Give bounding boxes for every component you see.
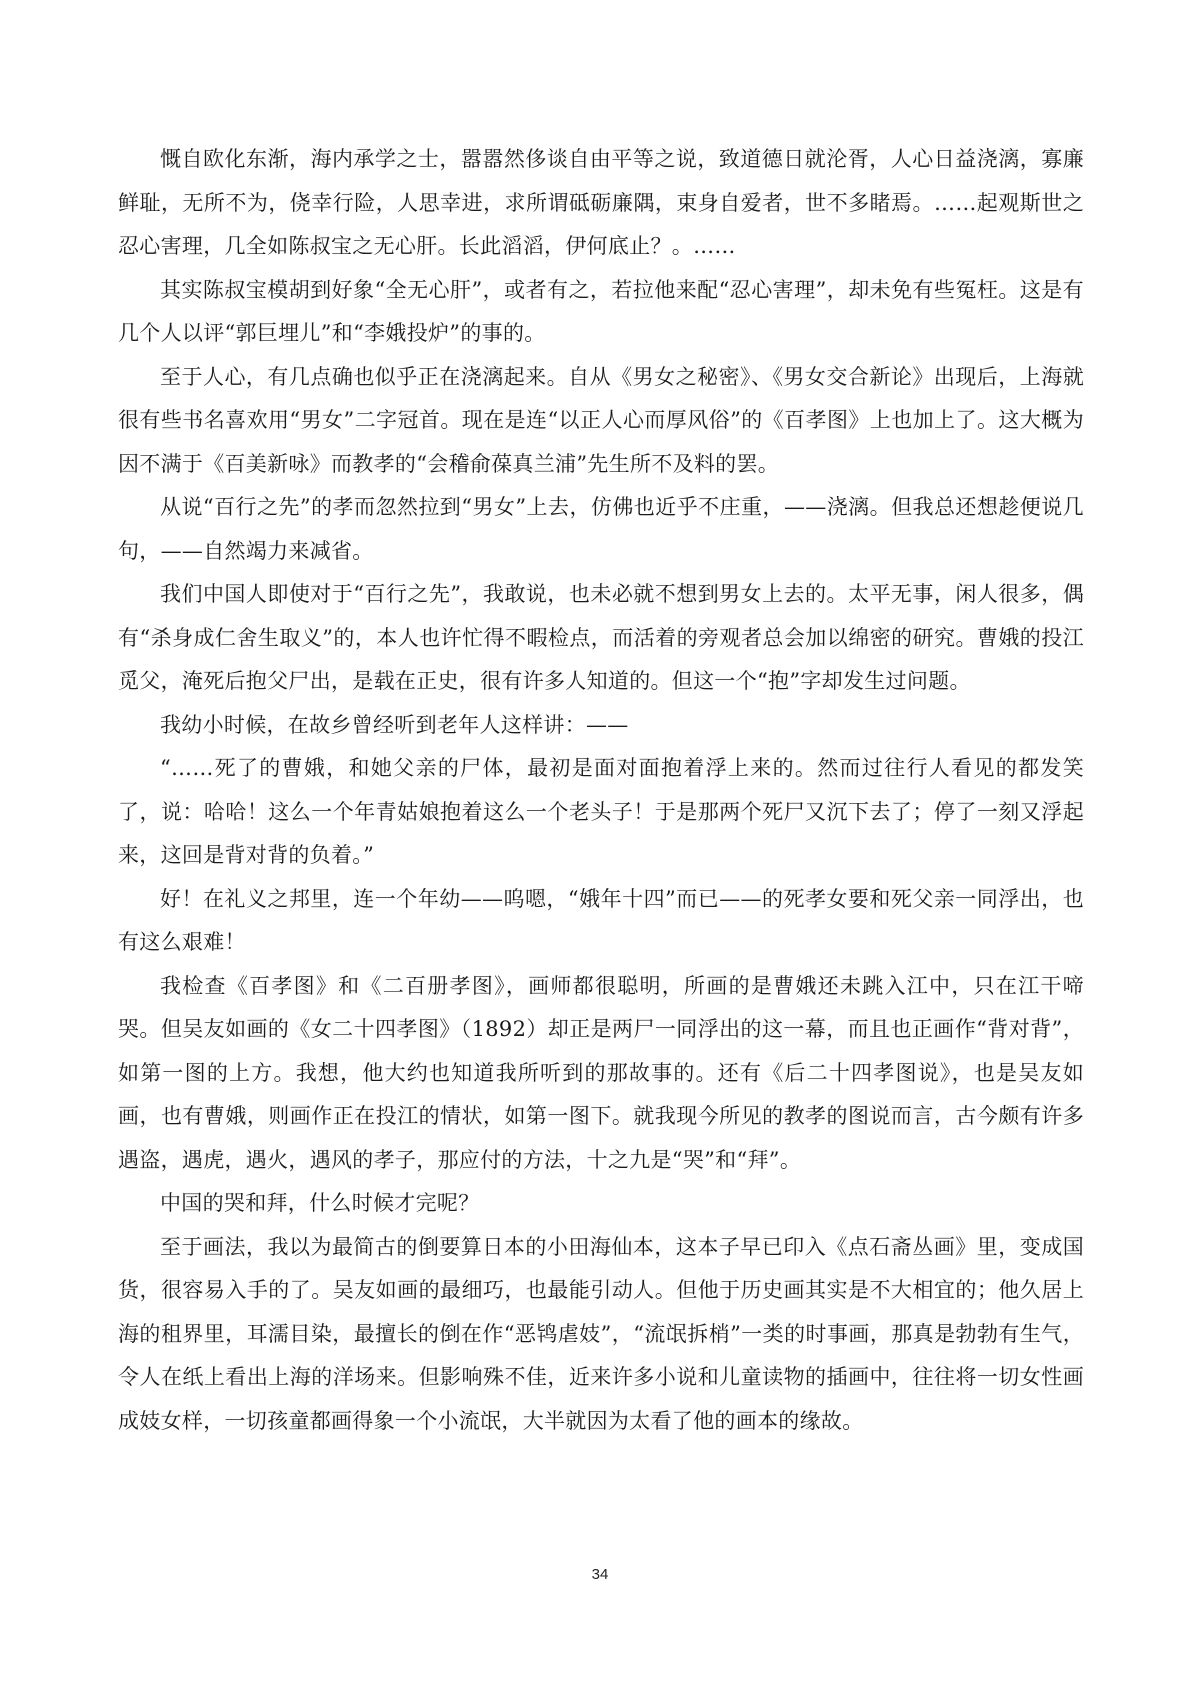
- paragraph: 好！在礼义之邦里，连一个年幼——呜嗯，“娥年十四”而已——的死孝女要和死父亲一同…: [118, 878, 1084, 965]
- paragraph: 从说“百行之先”的孝而忽然拉到“男女”上去，仿佛也近乎不庄重，——浇漓。但我总还…: [118, 486, 1084, 573]
- paragraph: 慨自欧化东渐，海内承学之士，嚣嚣然侈谈自由平等之说，致道德日就沦胥，人心日益浇漓…: [118, 138, 1084, 269]
- paragraph: “……死了的曹娥，和她父亲的尸体，最初是面对面抱着浮上来的。然而过往行人看见的都…: [118, 747, 1084, 878]
- paragraph: 至于人心，有几点确也似乎正在浇漓起来。自从《男女之秘密》、《男女交合新论》出现后…: [118, 356, 1084, 487]
- paragraph: 我幼小时候，在故乡曾经听到老年人这样讲：——: [118, 704, 1084, 748]
- paragraph: 至于画法，我以为最简古的倒要算日本的小田海仙本，这本子早已印入《点石斋丛画》里，…: [118, 1226, 1084, 1444]
- document-body: 慨自欧化东渐，海内承学之士，嚣嚣然侈谈自由平等之说，致道德日就沦胥，人心日益浇漓…: [118, 138, 1084, 1443]
- paragraph: 我们中国人即使对于“百行之先”，我敢说，也未必就不想到男女上去的。太平无事，闲人…: [118, 573, 1084, 704]
- paragraph: 其实陈叔宝模胡到好象“全无心肝”，或者有之，若拉他来配“忍心害理”，却未免有些冤…: [118, 269, 1084, 356]
- page-number: 34: [0, 1566, 1200, 1583]
- paragraph: 中国的哭和拜，什么时候才完呢？: [118, 1182, 1084, 1226]
- paragraph: 我检查《百孝图》和《二百册孝图》，画师都很聪明，所画的是曹娥还未跳入江中，只在江…: [118, 965, 1084, 1183]
